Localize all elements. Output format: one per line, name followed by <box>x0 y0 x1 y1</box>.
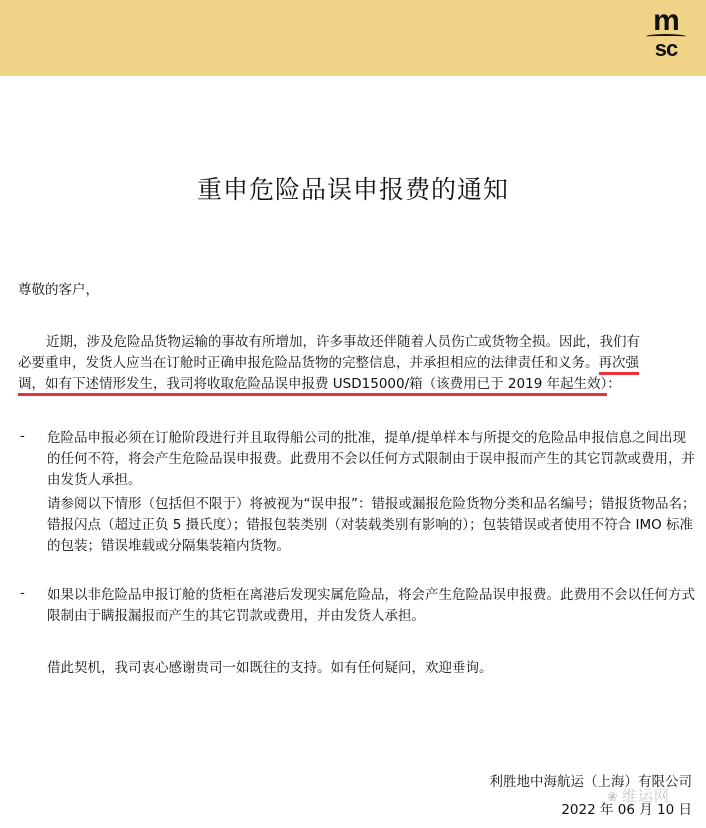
header-band: m sc <box>0 0 706 76</box>
closing-text: 借此契机，我司衷心感谢贵司一如既往的支持。如有任何疑问，欢迎垂询。 <box>47 658 493 679</box>
bullet-item-2: 如果以非危险品申报订舱的货柜在离港后发现实属危险品，将会产生危险品误申报费。此费… <box>47 585 697 627</box>
highlighted-fee-text: 调，如有下述情形发生，我司将收取危险品误申报费 USD15000/箱（该费用已于… <box>18 376 607 396</box>
intro-line-2: 必要重申，发货人应当在订舱时正确申报危险品货物的完整信息，并承担相应的法律责任和… <box>18 353 690 374</box>
logo-m: m <box>644 10 688 34</box>
bullet-dash-2: - <box>20 585 25 601</box>
intro-line-3: 调，如有下述情形发生，我司将收取危险品误申报费 USD15000/箱（该费用已于… <box>18 374 690 395</box>
msc-logo: m sc <box>644 10 688 60</box>
highlighted-text: 再次强 <box>599 355 640 375</box>
intro-line-1: 近期，涉及危险品货物运输的事故有所增加，许多事故还伴随着人员伤亡或货物全损。因此… <box>18 332 690 353</box>
intro-paragraph: 近期，涉及危险品货物运输的事故有所增加，许多事故还伴随着人员伤亡或货物全损。因此… <box>18 332 690 395</box>
bullet-item-1: 危险品申报必须在订舱阶段进行并且取得船公司的批准，提单/提单样本与所提交的危险品… <box>47 428 697 491</box>
bullet-item-1-sub: 请参阅以下情形（包括但不限于）将被视为“误申报”：错报或漏报危险货物分类和品名编… <box>47 494 697 557</box>
intro-line-3-end: ： <box>607 376 621 392</box>
signature-date: 2022 年 06 月 10 日 <box>561 800 692 821</box>
document-title: 重申危险品误申报费的通知 <box>0 170 706 206</box>
logo-sc: sc <box>644 39 688 59</box>
greeting: 尊敬的客户， <box>18 280 99 301</box>
bullet-dash-1: - <box>20 428 25 444</box>
intro-line-2-text: 必要重申，发货人应当在订舱时正确申报危险品货物的完整信息，并承担相应的法律责任和… <box>18 355 599 371</box>
